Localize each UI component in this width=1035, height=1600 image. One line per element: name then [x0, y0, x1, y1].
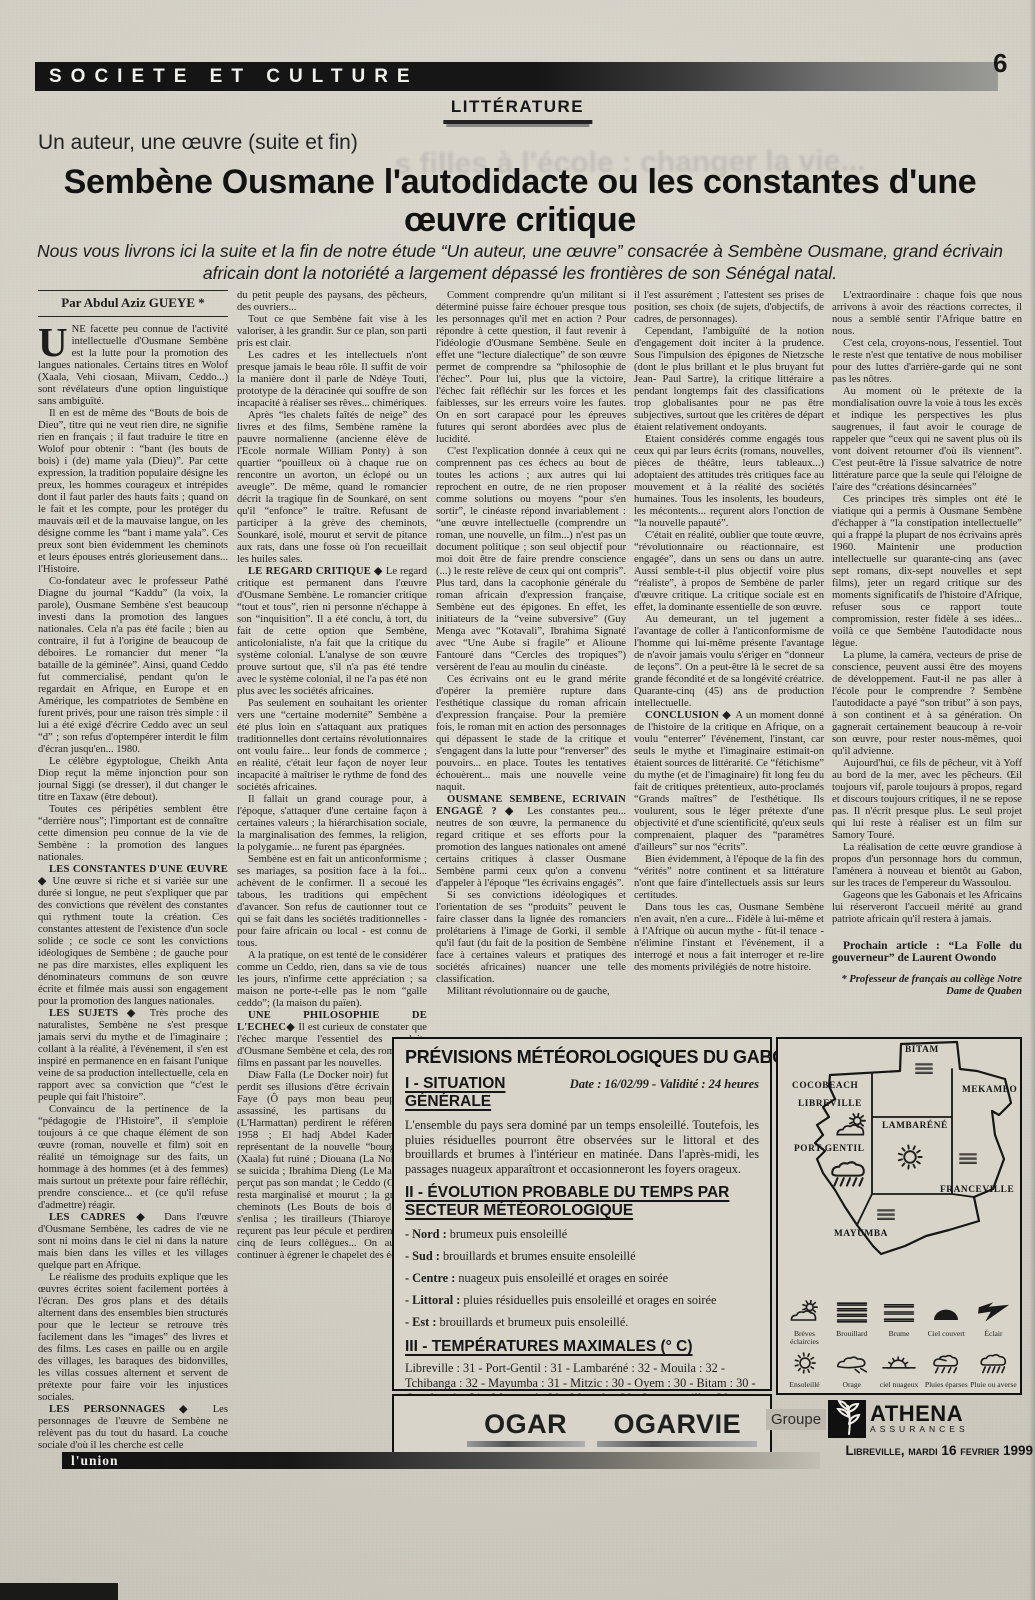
article-paragraph: Après “les chalets faîtés de neige” des … — [237, 410, 427, 566]
article-paragraph: du petit peuple des paysans, des pêcheur… — [237, 290, 427, 314]
page-number: 6 — [993, 48, 1007, 79]
rain-icon — [826, 1157, 872, 1194]
legend-item: Éclair — [970, 1300, 1017, 1347]
article-paragraph: Convaincu de la pertinence de la “pédago… — [38, 1104, 228, 1212]
legend-label: ciel nuageux — [876, 1381, 923, 1389]
scan-artifact — [0, 1583, 118, 1600]
article-paragraph: Aujourd'hui, ce fils de pêcheur, vit à Y… — [832, 758, 1022, 842]
article-paragraph: C'était en réalité, oublier que toute œu… — [634, 530, 824, 614]
legend-label: Éclair — [970, 1330, 1017, 1338]
map-label-libreville: LIBREVILLE — [798, 1099, 862, 1109]
paragraph-subhead: LES CONSTANTES D'UNE ŒUVRE ◆ — [38, 864, 228, 887]
legend-label: Orage — [828, 1381, 875, 1389]
section-title: SOCIETE ET CULTURE — [35, 66, 419, 88]
article-paragraph: LES CONSTANTES D'UNE ŒUVRE ◆ Une œuvre s… — [38, 864, 228, 1008]
map-label-bitam: BITAM — [905, 1045, 939, 1055]
legend-item: ciel nuageux — [876, 1351, 923, 1389]
sun-icon — [888, 1143, 932, 1176]
article-paragraph: LES PERSONNAGES ◆ Les personnages de l'œ… — [38, 1404, 228, 1450]
map-label-port-gentil: PORT-GENTIL — [794, 1144, 865, 1154]
scan-edge — [1029, 0, 1035, 1600]
article-paragraph: Si ses convictions idéologiques et l'ori… — [436, 890, 626, 986]
sun-cloud-icon — [832, 1113, 872, 1144]
ogarvie-logo: OGARVIE — [597, 1409, 757, 1447]
article-paragraph: Il fallait un grand courage pour, à l'ép… — [237, 794, 427, 854]
legend-item: Ensoleillé — [781, 1351, 828, 1389]
legend-item: Pluies éparses — [923, 1351, 970, 1389]
article-paragraph: LE REGARD CRITIQUE ◆ Le regard critique … — [237, 566, 427, 698]
legend-item: Brèves éclaircies — [781, 1300, 828, 1347]
ogar-logo: OGAR — [467, 1409, 585, 1447]
weather-section2-title: II - ÉVOLUTION PROBABLE DU TEMPS PAR SEC… — [405, 1184, 759, 1220]
legend-label: Brèves éclaircies — [781, 1330, 828, 1347]
article-paragraph: Ces principes très simples ont été le vi… — [832, 494, 1022, 650]
paragraph-subhead: LES PERSONNAGES ◆ — [49, 1404, 213, 1415]
article-paragraph: CONCLUSION ◆ A un moment donné de l'hist… — [634, 710, 824, 854]
paragraph-subhead: LES CADRES ◆ — [49, 1212, 164, 1223]
article-paragraph: Pas seulement en souhaitant les orienter… — [237, 698, 427, 794]
map-label-lambaréné: LAMBARÉNÉ — [882, 1121, 948, 1131]
weather-date: Date : 16/02/99 - Validité : 24 heures — [570, 1077, 759, 1092]
article-paragraph: LES CADRES ◆ Dans l'œuvre d'Ousmane Semb… — [38, 1212, 228, 1272]
legend-item: Brouillard — [828, 1300, 875, 1347]
map-label-franceville: FRANCEVILLE — [940, 1185, 1014, 1195]
legend-label: Brume — [876, 1330, 923, 1338]
legend-item: Orage — [828, 1351, 875, 1389]
article-paragraph: UNE facette peu connue de l'activité int… — [38, 324, 228, 408]
article-paragraph: il l'est assurément ; l'attestent ses pr… — [634, 290, 824, 326]
article-paragraph: C'est cela, croyons-nous, l'essentiel. T… — [832, 338, 1022, 386]
mist-icon — [879, 1311, 919, 1328]
mist-icon — [948, 1151, 988, 1170]
map-label-cocobeach: COCOBEACH — [792, 1081, 858, 1091]
weather-sector-sud: - Sud : brouillards et brumes ensuite en… — [405, 1249, 759, 1264]
article-paragraph: Dans tous les cas, Ousmane Sembène n'en … — [634, 902, 824, 974]
article-paragraph: Cependant, l'ambiguïté de la notion d'en… — [634, 326, 824, 434]
legend-label: Brouillard — [828, 1330, 875, 1338]
article-paragraph: Au moment où le prétexte de la mondialis… — [832, 386, 1022, 494]
paragraph-subhead: UNE PHILOSOPHIE DE L'ECHEC◆ — [237, 1010, 427, 1033]
article-paragraph: Les cadres et les intellectuels n'ont pr… — [237, 350, 427, 410]
weather-sector-est: - Est : brouillards et brumeux puis enso… — [405, 1315, 759, 1330]
article-column-5: L'extraordinaire : chaque fois que nous … — [832, 290, 1022, 1035]
article-paragraph: Militant révolutionnaire ou de gauche, — [436, 986, 626, 998]
weather-sector-centre: - Centre : nuageux puis ensoleillé et or… — [405, 1271, 759, 1286]
article-paragraph: Tout ce que Sembène fait vise à les valo… — [237, 314, 427, 350]
legend-label: Ciel couvert — [923, 1330, 970, 1338]
article-paragraph: C'est l'explication donnée à ceux qui ne… — [436, 446, 626, 674]
article-paragraph: La réalisation de cette œuvre grandiose … — [832, 842, 1022, 890]
article-paragraph: Sembène est en fait un anticonformisme ;… — [237, 854, 427, 950]
article-paragraph: Ces écrivains ont eu le grand mérite d'o… — [436, 674, 626, 794]
weather-sector-nord: - Nord : brumeux puis ensoleillé — [405, 1227, 759, 1242]
paragraph-subhead: LES SUJETS ◆ — [49, 1008, 150, 1019]
mist-icon — [864, 1207, 908, 1226]
ogarvie-label: OGARVIE — [597, 1409, 757, 1440]
map-label-mekambo: MEKAMBO — [962, 1085, 1017, 1095]
storm-icon — [832, 1362, 872, 1379]
ogarvie-underline — [597, 1441, 757, 1447]
ogar-label: OGAR — [467, 1409, 585, 1440]
article-paragraph: * Professeur de français au collège Notr… — [832, 974, 1022, 998]
weather-situation: L'ensemble du pays sera dominé par un te… — [405, 1118, 759, 1176]
deck: Nous vous livrons ici la suite et la fin… — [25, 241, 1015, 285]
paragraph-subhead: LE REGARD CRITIQUE ◆ — [248, 566, 386, 577]
article-paragraph: Comment comprendre qu'un militant si dét… — [436, 290, 626, 446]
article-paragraph: L'extraordinaire : chaque fois que nous … — [832, 290, 1022, 338]
weather-section3-title: III - TEMPÉRATURES MAXIMALES (° C) — [405, 1338, 759, 1356]
article-paragraph: Il en est de même des “Bouts de bois de … — [38, 408, 228, 576]
fog-icon — [832, 1311, 872, 1328]
article-paragraph: A la pratique, on est tenté de le consid… — [237, 950, 427, 1010]
kicker: Un auteur, une œuvre (suite et fin) — [38, 131, 358, 155]
gabon-map-box: BITAMCOCOBEACHMEKAMBOLIBREVILLELAMBARÉNÉ… — [776, 1037, 1022, 1395]
rain-scattered-icon — [926, 1362, 966, 1379]
article-paragraph: Toutes ces péripéties semblent être “der… — [38, 804, 228, 864]
weather-box: PRÉVISIONS MÉTÉOROLOGIQUES DU GABON I - … — [392, 1037, 772, 1391]
athena-name: ATHENA — [870, 1404, 969, 1424]
legend-item: Brume — [876, 1300, 923, 1347]
ad-strip: OGAR OGARVIE — [392, 1394, 772, 1461]
article-column-4: il l'est assurément ; l'attestent ses pr… — [634, 290, 824, 1035]
weather-sector-littoral: - Littoral : pluies résiduelles puis ens… — [405, 1293, 759, 1308]
legend-label: Pluies éparses — [923, 1381, 970, 1389]
weather-legend: Brèves éclairciesBrouillardBrumeCiel cou… — [780, 1298, 1018, 1391]
lunion-footer-bar: l'union — [62, 1452, 820, 1469]
article-paragraph: OUSMANE SEMBENE, ECRIVAIN ENGAGÉ ? ◆ Les… — [436, 794, 626, 890]
article-paragraph: Le réalisme des produits explique que le… — [38, 1272, 228, 1404]
athena-wheat-icon — [828, 1400, 866, 1438]
overcast-icon — [926, 1311, 966, 1328]
legend-item: Ciel couvert — [923, 1300, 970, 1347]
athena-groupe-label: Groupe — [766, 1409, 826, 1430]
drop-cap: U — [38, 324, 72, 358]
byline: Par Abdul Aziz GUEYE * — [38, 290, 228, 317]
paragraph-subhead: CONCLUSION ◆ — [645, 710, 735, 721]
footer-date: Libreville, mardi 16 fevrier 1999 — [828, 1443, 1033, 1458]
article-paragraph: Prochain article : “La Folle du gouverne… — [832, 940, 1022, 964]
sun-cloud-icon — [785, 1311, 825, 1328]
article-paragraph: Co-fondateur avec le professeur Pathé Di… — [38, 576, 228, 756]
article-paragraph: La plume, la caméra, vecteurs de prise d… — [832, 650, 1022, 758]
article-column-1: Par Abdul Aziz GUEYE * UNE facette peu c… — [38, 290, 228, 1450]
weather-title: PRÉVISIONS MÉTÉOROLOGIQUES DU GABON — [405, 1047, 759, 1068]
weather-sectors: - Nord : brumeux puis ensoleillé- Sud : … — [405, 1227, 759, 1330]
paragraph-subhead: OUSMANE SEMBENE, ECRIVAIN ENGAGÉ ? ◆ — [436, 794, 626, 817]
sun-icon — [785, 1362, 825, 1379]
map-label-mayumba: MAYUMBA — [834, 1229, 888, 1239]
athena-wordmark: ATHENA ASSURANCES — [870, 1404, 969, 1434]
athena-logo: Groupe ATHENA ASSURANCES — [766, 1400, 969, 1438]
ogar-underline — [467, 1441, 585, 1447]
article-paragraph: Etaient considérés comme engagés tous ce… — [634, 434, 824, 530]
partly-icon — [879, 1362, 919, 1379]
legend-item: Pluie ou averse — [970, 1351, 1017, 1389]
lunion-brand: l'union — [62, 1453, 119, 1469]
article-paragraph: Gageons que les Gabonais et les Africain… — [832, 890, 1022, 926]
article-paragraph: Le célèbre égyptologue, Cheikh Anta Diop… — [38, 756, 228, 804]
article-paragraph: Au demeurant, un tel jugement a l'avanta… — [634, 614, 824, 710]
lightning-icon — [974, 1311, 1014, 1328]
article-paragraph: LES SUJETS ◆ Très proche des naturaliste… — [38, 1008, 228, 1104]
headline: Sembène Ousmane l'autodidacte ou les con… — [55, 163, 985, 239]
weather-section1-title: I - SITUATION GÉNÉRALE — [405, 1075, 570, 1111]
article-column-3: Comment comprendre qu'un militant si dét… — [436, 290, 626, 1035]
article-paragraph: Bien évidemment, à l'époque de la fin de… — [634, 854, 824, 902]
mist-icon — [902, 1061, 946, 1080]
legend-label: Pluie ou averse — [970, 1381, 1017, 1389]
rain-icon — [974, 1362, 1014, 1379]
legend-label: Ensoleillé — [781, 1381, 828, 1389]
athena-sub: ASSURANCES — [870, 1424, 969, 1434]
rubric-litterature: LITTÉRATURE — [443, 97, 592, 124]
section-bar: SOCIETE ET CULTURE — [35, 62, 998, 91]
